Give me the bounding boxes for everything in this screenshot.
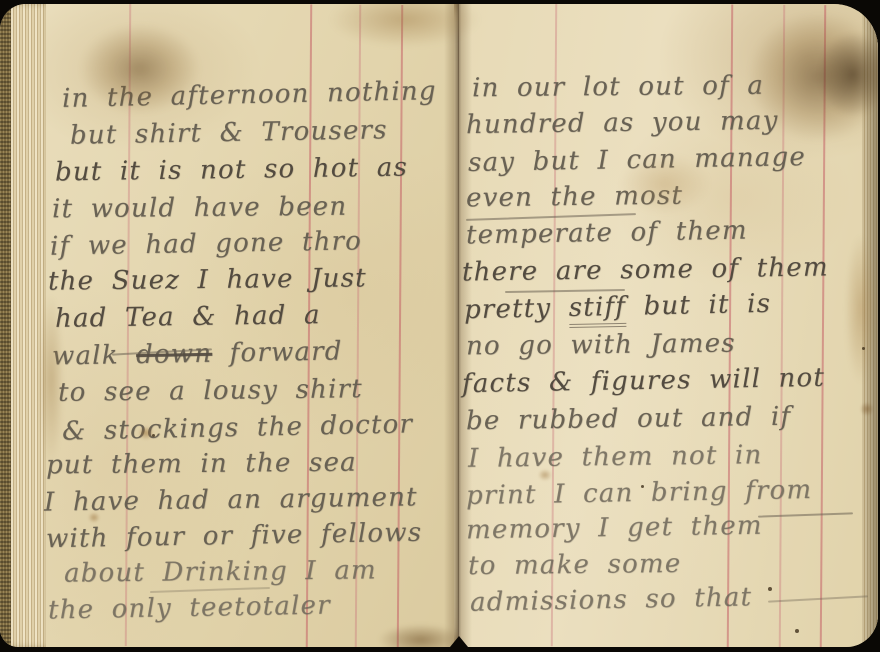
diary-book: in the afternoon nothing but shirt & Tro… — [0, 4, 878, 647]
handwritten-line-with-strikeout: walk down forward — [52, 338, 343, 369]
handwritten-line: to see a lousy shirt — [58, 376, 363, 406]
handwritten-line: no go with James — [466, 331, 736, 360]
speck — [795, 629, 799, 633]
handwritten-line: facts & figures will not — [462, 365, 825, 397]
handwritten-line: & stockings the doctor — [62, 411, 414, 444]
handwritten-text: walk — [52, 340, 137, 371]
handwritten-line: to make some — [468, 551, 682, 579]
struck-out-word: down — [136, 339, 213, 370]
handwritten-line-with-underline: pretty stiff but it is — [464, 291, 772, 323]
handwritten-line: the Suez I have Just — [48, 265, 367, 294]
handwritten-text: forward — [212, 336, 343, 368]
handwritten-line: memory I get them — [466, 513, 763, 544]
handwritten-line: the only teetotaler — [48, 593, 331, 624]
speck — [768, 587, 772, 591]
handwritten-line: with four or five fellows — [46, 520, 423, 553]
double-underlined-word: stiff — [568, 292, 626, 328]
handwritten-line: say but I can manage — [468, 144, 806, 176]
handwritten-line: hundred as you may — [466, 108, 779, 138]
handwritten-line: had Tea & had a — [55, 302, 321, 332]
handwritten-line: temperate of them — [466, 218, 748, 249]
handwritten-line: in the afternoon nothing — [62, 78, 437, 112]
handwritten-line: be rubbed out and if — [466, 404, 792, 435]
handwritten-line: put them in the sea — [46, 450, 357, 479]
handwritten-line: there are some of them — [462, 254, 829, 285]
handwritten-line: but it is not so hot as — [55, 155, 408, 186]
handwriting-layer: in the afternoon nothing but shirt & Tro… — [0, 4, 878, 647]
handwritten-line: but shirt & Trousers — [70, 117, 388, 149]
handwritten-line: if we had gone thro — [50, 228, 362, 259]
pencil-underline-stroke — [758, 512, 853, 517]
handwritten-line: I have had an argument — [44, 484, 418, 515]
handwritten-line: even the most — [466, 183, 683, 212]
handwritten-line: print I can bring from — [466, 477, 813, 509]
speck — [862, 347, 865, 350]
handwritten-line: about Drinking I am — [64, 557, 377, 586]
handwritten-line: it would have been — [52, 194, 347, 223]
pencil-underline-stroke — [768, 595, 868, 602]
handwritten-line: in our lot out of a — [472, 73, 764, 102]
speck — [152, 434, 155, 437]
handwritten-text: but it is — [626, 289, 772, 322]
handwritten-text: pretty — [464, 293, 569, 325]
photo-of-open-diary: in the afternoon nothing but shirt & Tro… — [0, 0, 880, 652]
handwritten-line: I have them not in — [468, 442, 763, 472]
speck — [641, 485, 644, 488]
handwritten-line: admissions so that — [470, 584, 753, 615]
